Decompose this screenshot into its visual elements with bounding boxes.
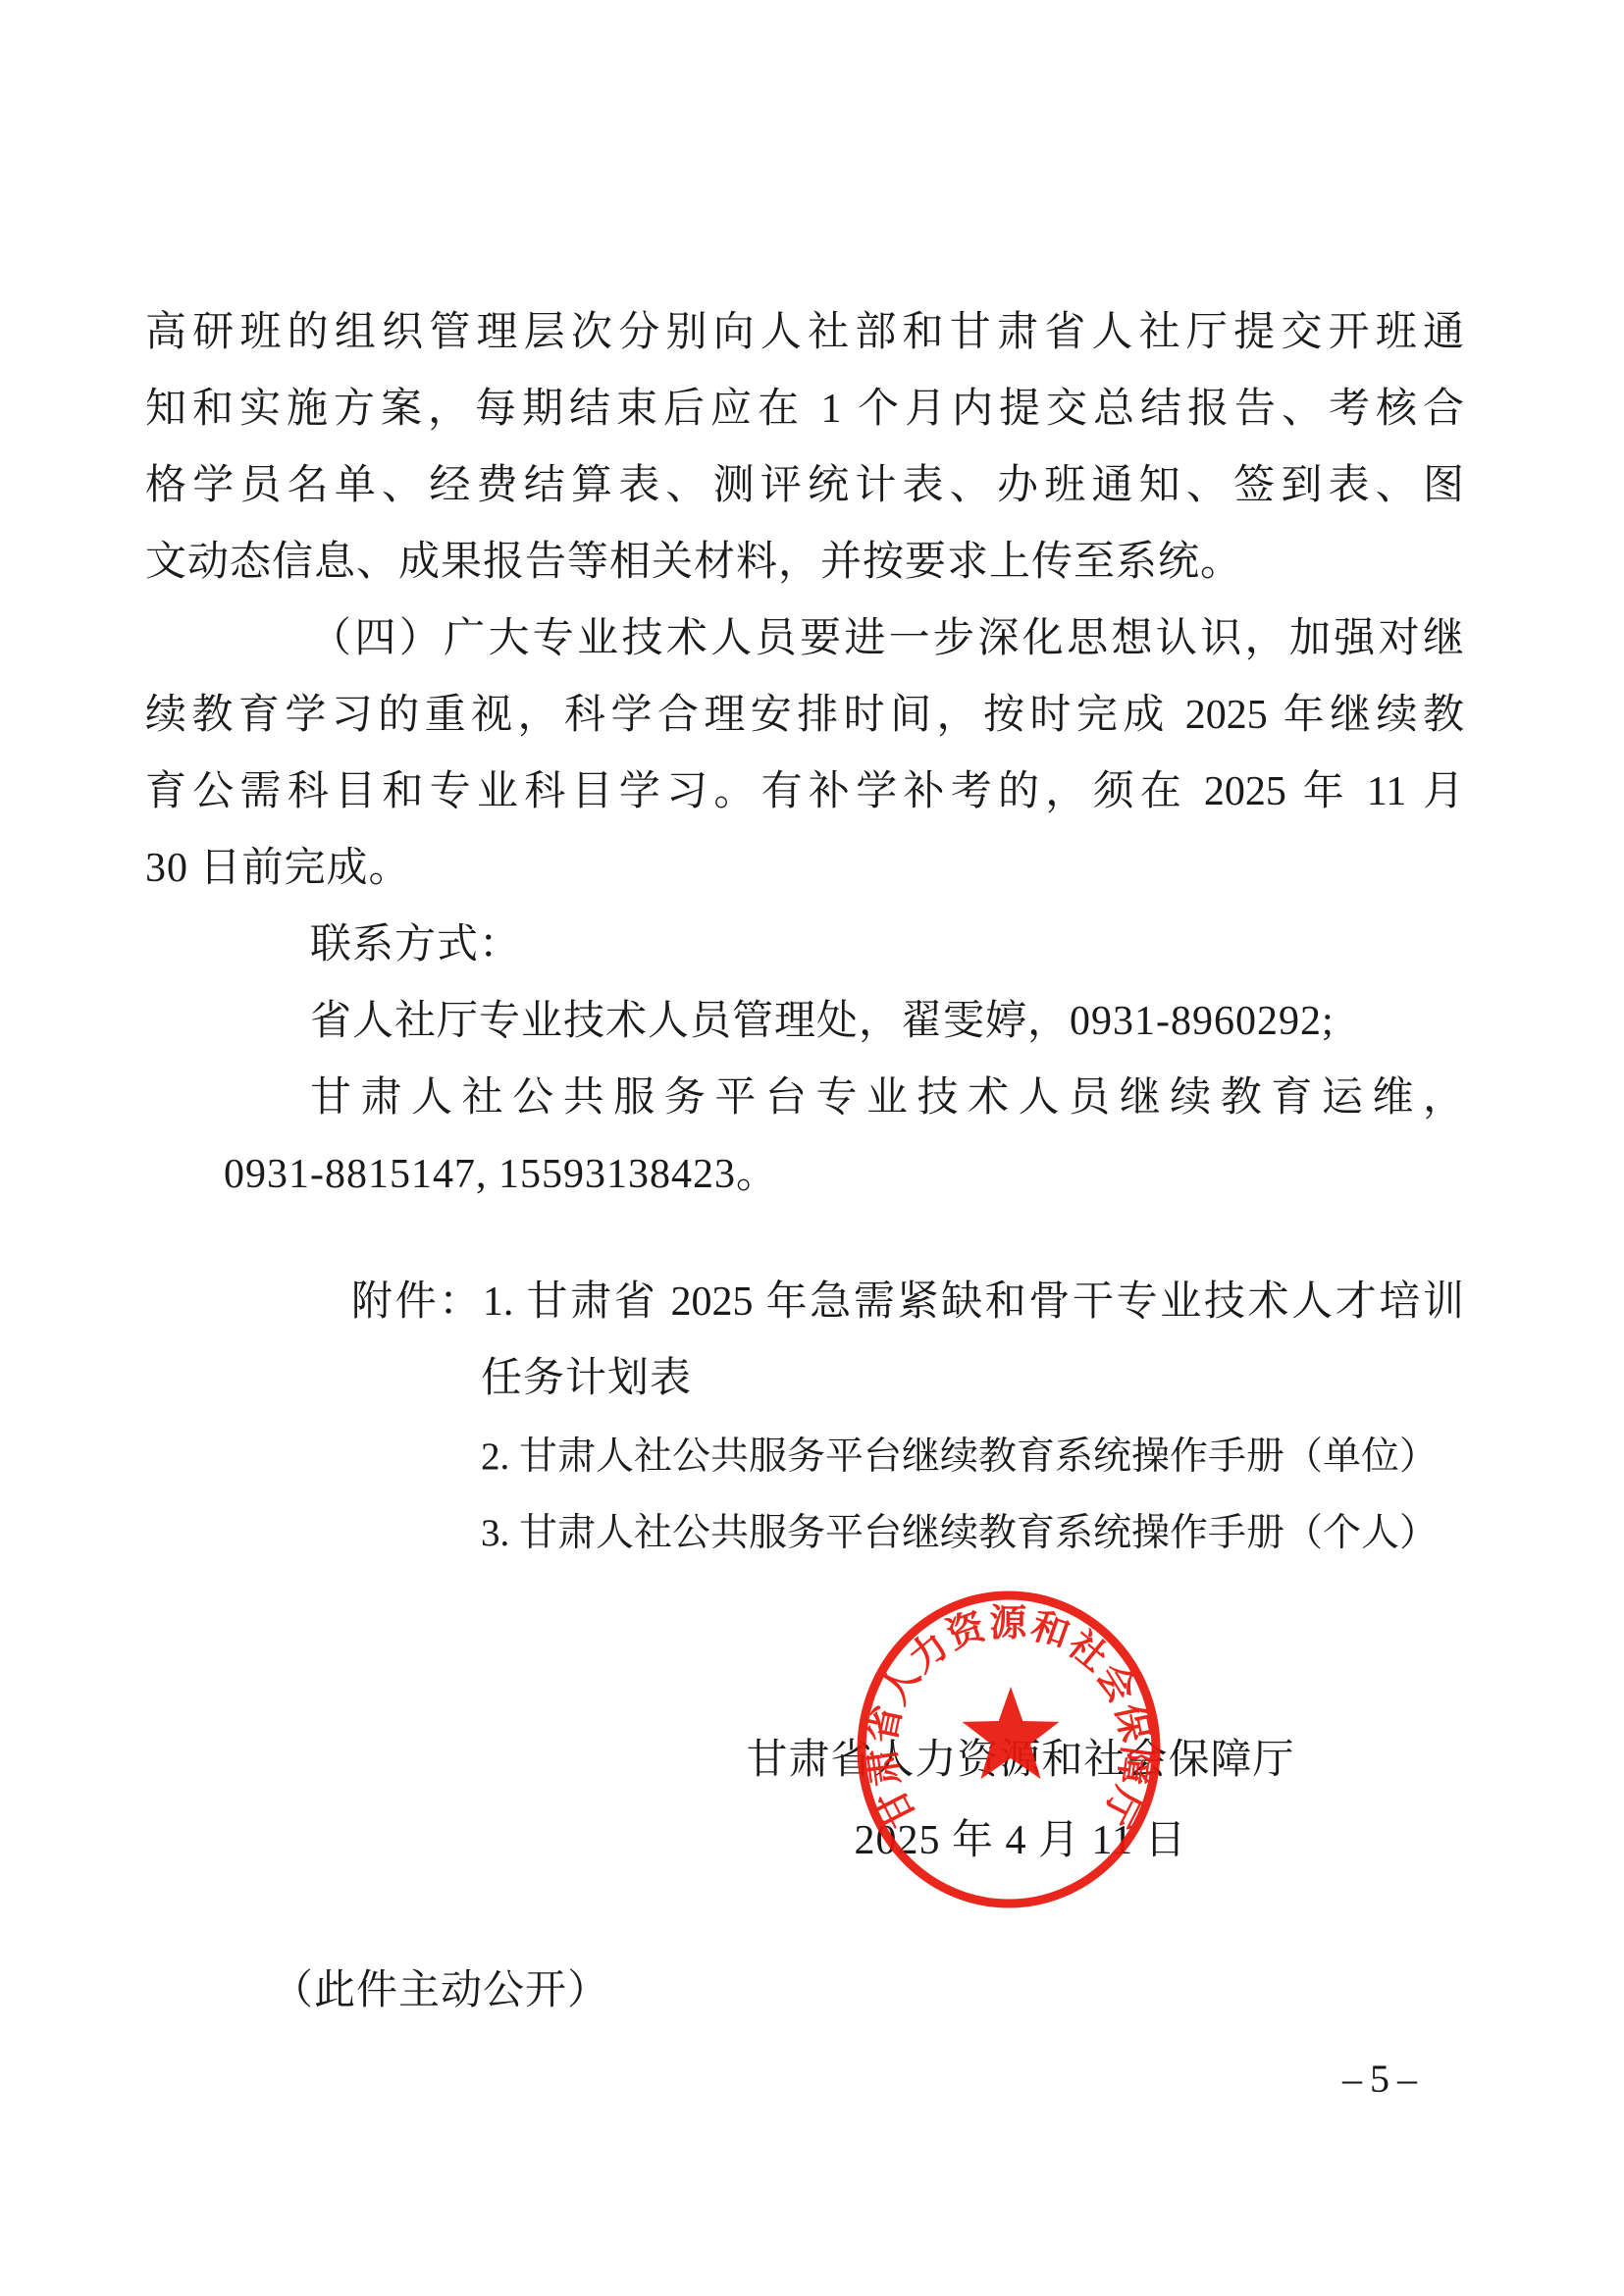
body-line-7: 育公需科目和专业科目学习。有补学补考的，须在 2025 年 11 月 — [145, 766, 1464, 817]
attachment-item-1: 附件：1. 甘肃省 2025 年急需紧缺和骨干专业技术人才培训 — [351, 1277, 1464, 1328]
body-line-2: 知和实施方案，每期结束后应在 1 个月内提交总结报告、考核合 — [145, 384, 1464, 435]
contact-line-2: 甘肃人社公共服务平台专业技术人员继续教育运维， — [310, 1072, 1464, 1123]
public-disclosure-note: （此件主动公开） — [272, 1965, 609, 2016]
body-line-5: （四）广大专业技术人员要进一步深化思想认识，加强对继 — [310, 613, 1464, 664]
document-page: 高研班的组织管理层次分别向人社部和甘肃省人社厅提交开班通 知和实施方案，每期结束… — [0, 0, 1624, 2296]
attachment-item-3: 3. 甘肃人社公共服务平台继续教育系统操作手册（个人） — [481, 1508, 1438, 1559]
attachment-item-2: 2. 甘肃人社公共服务平台继续教育系统操作手册（单位） — [481, 1432, 1438, 1483]
contact-line-1: 省人社厅专业技术人员管理处，翟雯婷，0931-8960292; — [310, 996, 1335, 1047]
body-line-6: 续教育学习的重视，科学合理安排时间，按时完成 2025 年继续教 — [145, 690, 1464, 741]
official-seal: 甘肃省人力资源和社会保障厅 — [853, 1588, 1165, 1911]
page-number: –5– — [1305, 2054, 1462, 2105]
body-line-8: 30 日前完成。 — [145, 843, 411, 894]
seal-star-icon — [963, 1687, 1060, 1779]
body-line-1: 高研班的组织管理层次分别向人社部和甘肃省人社厅提交开班通 — [145, 307, 1464, 358]
body-line-4: 文动态信息、成果报告等相关材料，并按要求上传至系统。 — [145, 537, 1242, 588]
contact-line-3: 0931-8815147, 15593138423。 — [224, 1149, 778, 1200]
contact-heading: 联系方式： — [310, 919, 521, 970]
attachment-item-1-wrap: 任务计划表 — [481, 1353, 692, 1404]
body-line-3: 格学员名单、经费结算表、测评统计表、办班通知、签到表、图 — [145, 460, 1464, 511]
